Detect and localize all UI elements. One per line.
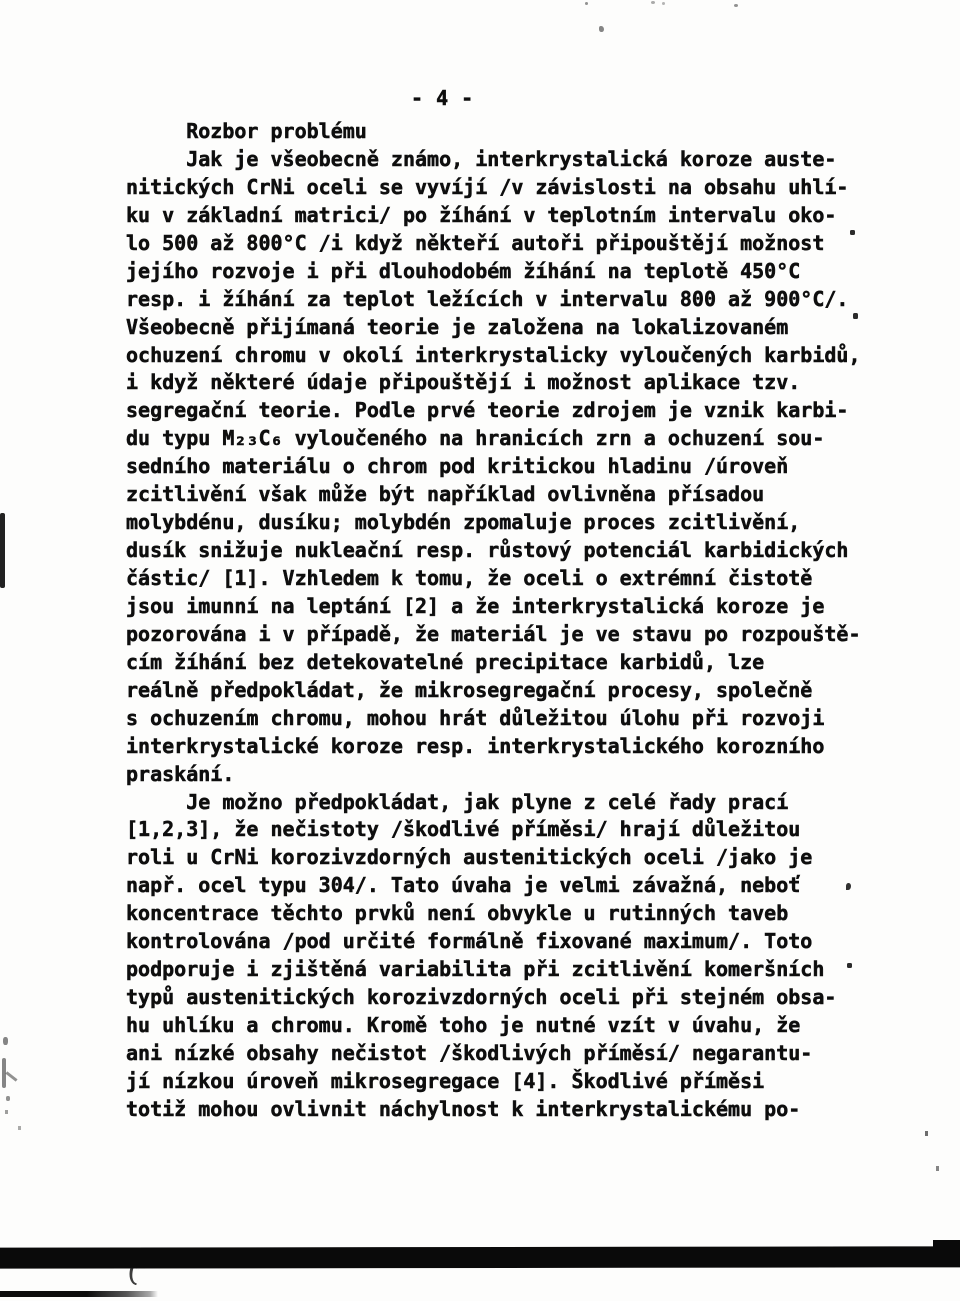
scan-speck — [734, 4, 738, 7]
handwritten-mark — [126, 1267, 141, 1286]
doc-line: Je možno předpokládat, jak plyne z celé … — [126, 789, 886, 817]
doc-line: du typu M₂₃C₆ vyloučeného na hranicích z… — [126, 425, 886, 453]
left-margin-mark — [0, 513, 5, 588]
doc-line: roli u CrNi korozivzdorných austenitický… — [126, 844, 886, 872]
doc-line: praskání. — [126, 761, 886, 789]
doc-line: molybdénu, dusíku; molybdén zpomaluje pr… — [126, 509, 886, 537]
doc-line: ani nízké obsahy nečistot /škodlivých př… — [126, 1040, 886, 1068]
page-number: - 4 - — [411, 86, 474, 110]
doc-line: dusík snižuje nukleační resp. růstový po… — [126, 537, 886, 565]
scan-speck — [853, 313, 858, 319]
doc-line: resp. i žíhání za teplot ležících v inte… — [126, 286, 886, 314]
doc-line: podporuje i zjištěná variabilita při zci… — [126, 956, 886, 984]
doc-line: lo 500 až 800°C /i když někteří autoři p… — [126, 230, 886, 258]
scan-speck — [925, 1131, 928, 1136]
doc-line: sedního materiálu o chrom pod kritickou … — [126, 453, 886, 481]
left-margin-mark — [3, 1037, 8, 1045]
doc-line: segregační teorie. Podle prvé teorie zdr… — [126, 397, 886, 425]
doc-line: [1,2,3], že nečistoty /škodlivé příměsi/… — [126, 816, 886, 844]
doc-line: částic/ [1]. Vzhledem k tomu, že oceli o… — [126, 565, 886, 593]
doc-line: i když některé údaje připouštějí i možno… — [126, 369, 886, 397]
doc-line: koncentrace těchto prvků není obvykle u … — [126, 900, 886, 928]
doc-line: zcitlivění však může být například ovliv… — [126, 481, 886, 509]
scan-bottom-bar — [933, 1240, 960, 1252]
doc-line: jejího rozvoje i při dlouhodobém žíhání … — [126, 258, 886, 286]
scan-speck — [936, 1166, 939, 1171]
doc-line: např. ocel typu 304/. Tato úvaha je velm… — [126, 872, 886, 900]
doc-line: ku v základní matrici/ po žíhání v teplo… — [126, 202, 886, 230]
doc-line: ochuzení chromu v okolí interkrystalicky… — [126, 342, 886, 370]
scan-speck — [585, 2, 588, 5]
doc-line: cím žíhání bez detekovatelné precipitace… — [126, 649, 886, 677]
doc-line: reálně předpokládat, že mikrosegregační … — [126, 677, 886, 705]
doc-line: typů austenitických korozivzdorných ocel… — [126, 984, 886, 1012]
scan-speck — [599, 26, 604, 32]
scan-speck — [651, 1, 655, 4]
doc-line: kontrolována /pod určité formálně fixova… — [126, 928, 886, 956]
doc-line: Rozbor problému — [126, 118, 886, 146]
scan-speck — [847, 963, 852, 968]
doc-line: nitických CrNi oceli se vyvíjí /v závisl… — [126, 174, 886, 202]
doc-line: Všeobecně přijímaná teorie je založena n… — [126, 314, 886, 342]
left-margin-mark — [5, 1110, 8, 1114]
document-text: Rozbor problému Jak je všeobecně známo, … — [126, 118, 886, 1124]
left-margin-mark — [5, 1071, 17, 1081]
doc-line: jsou imunní na leptání [2] a že interkry… — [126, 593, 886, 621]
doc-line: s ochuzením chromu, mohou hrát důležitou… — [126, 705, 886, 733]
doc-line: Jak je všeobecně známo, interkrystalická… — [126, 146, 886, 174]
doc-line: hu uhlíku a chromu. Kromě toho je nutné … — [126, 1012, 886, 1040]
doc-line: pozorována i v případě, že materiál je v… — [126, 621, 886, 649]
left-margin-mark — [6, 1096, 10, 1101]
scanned-document-page: - 4 - Rozbor problému Jak je všeobecně z… — [0, 0, 960, 1301]
doc-line: interkrystalické koroze resp. interkryst… — [126, 733, 886, 761]
scan-speck — [662, 2, 665, 5]
doc-line: totiž mohou ovlivnit náchylnost k interk… — [126, 1096, 886, 1124]
doc-line: jí nízkou úroveň mikrosegregace [4]. Ško… — [126, 1068, 886, 1096]
scan-bottom-bar — [0, 1246, 960, 1268]
scan-speck — [850, 230, 855, 235]
scan-bottom-line — [0, 1291, 158, 1297]
left-margin-mark — [18, 1126, 21, 1130]
